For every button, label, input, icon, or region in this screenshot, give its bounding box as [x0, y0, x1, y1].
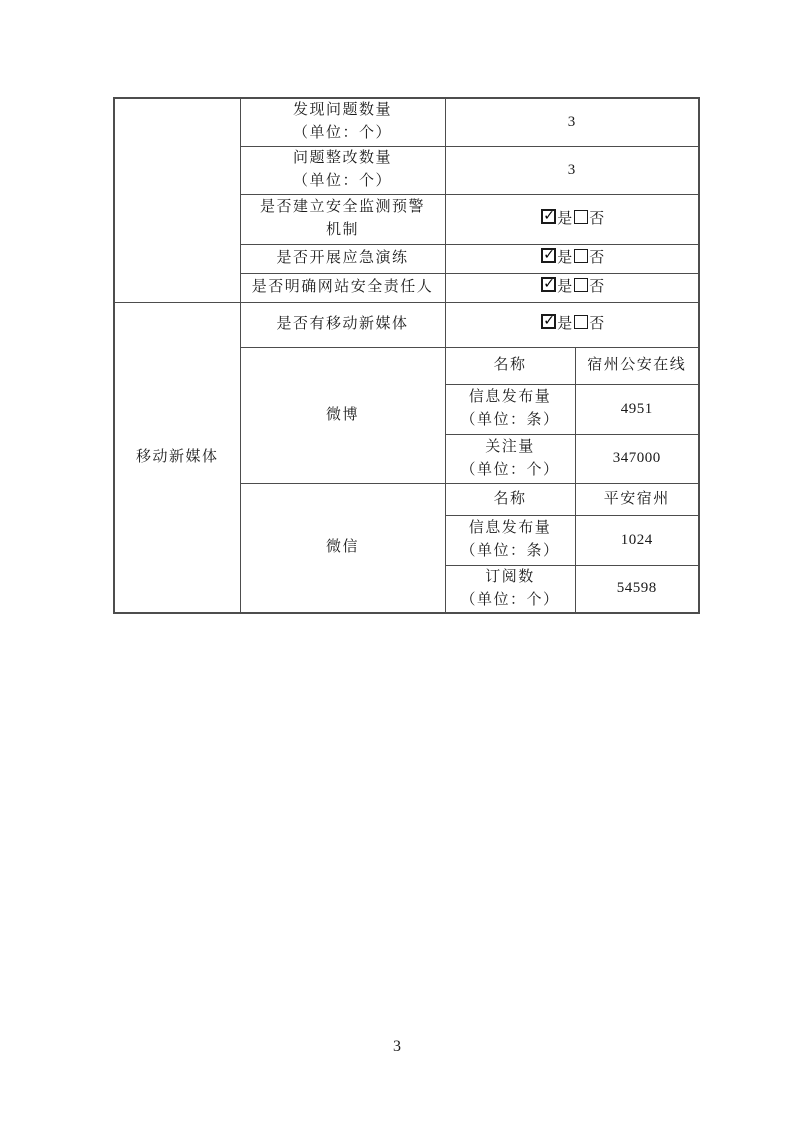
table-row: 移动新媒体 是否有移动新媒体 是否 — [114, 302, 699, 347]
sub-label-wechat-name: 名称 — [445, 483, 575, 515]
label-text: 名称 — [448, 488, 573, 511]
yes-label: 是 — [557, 279, 572, 295]
label-unit-text: （单位：个） — [243, 122, 443, 145]
no-label: 否 — [589, 211, 604, 227]
yes-checkbox-icon — [541, 277, 556, 292]
row-label-rectified-problems: 问题整改数量 （单位：个） — [240, 146, 445, 194]
yesno-cell-security-responsible-person: 是否 — [445, 273, 699, 302]
sub-label-weibo-name: 名称 — [445, 347, 575, 384]
label-unit-text: （单位：个） — [448, 459, 573, 482]
group-cell-wechat: 微信 — [240, 483, 445, 613]
label-text: 是否建立安全监测预警 — [243, 196, 443, 219]
label-unit-text: （单位：个） — [243, 170, 443, 193]
label-text: 订阅数 — [448, 566, 573, 589]
row-label-emergency-drill: 是否开展应急演练 — [240, 244, 445, 273]
yes-checkbox-icon — [541, 314, 556, 329]
row-label-security-responsible-person: 是否明确网站安全责任人 — [240, 273, 445, 302]
value-weibo-posts: 4951 — [575, 384, 699, 434]
sub-label-wechat-subscribers: 订阅数 （单位：个） — [445, 565, 575, 613]
no-checkbox-icon — [574, 210, 588, 224]
sub-label-weibo-followers: 关注量 （单位：个） — [445, 434, 575, 483]
sub-label-wechat-posts: 信息发布量 （单位：条） — [445, 515, 575, 565]
label-text: 发现问题数量 — [243, 99, 443, 122]
category-cell-mobile-new-media: 移动新媒体 — [114, 302, 240, 613]
label-text: 问题整改数量 — [243, 147, 443, 170]
value-found-problems: 3 — [445, 98, 699, 146]
row-label-has-mobile-media: 是否有移动新媒体 — [240, 302, 445, 347]
group-cell-weibo: 微博 — [240, 347, 445, 483]
yes-label: 是 — [557, 316, 572, 332]
report-table: 发现问题数量 （单位：个） 3 问题整改数量 （单位：个） 3 是否建立安全监测… — [113, 97, 700, 614]
value-wechat-name: 平安宿州 — [575, 483, 699, 515]
document-page: 发现问题数量 （单位：个） 3 问题整改数量 （单位：个） 3 是否建立安全监测… — [0, 0, 794, 1122]
label-text: 名称 — [448, 354, 573, 377]
label-text: 信息发布量 — [448, 386, 573, 409]
no-checkbox-icon — [574, 278, 588, 292]
label-unit-text: （单位：条） — [448, 409, 573, 432]
value-weibo-followers: 347000 — [575, 434, 699, 483]
value-weibo-name: 宿州公安在线 — [575, 347, 699, 384]
label-text: 关注量 — [448, 436, 573, 459]
yesno-cell-emergency-drill: 是否 — [445, 244, 699, 273]
no-label: 否 — [589, 250, 604, 266]
yes-checkbox-icon — [541, 248, 556, 263]
sub-label-weibo-posts: 信息发布量 （单位：条） — [445, 384, 575, 434]
yesno-cell-has-mobile-media: 是否 — [445, 302, 699, 347]
label-text: 信息发布量 — [448, 517, 573, 540]
value-wechat-posts: 1024 — [575, 515, 699, 565]
value-rectified-problems: 3 — [445, 146, 699, 194]
value-wechat-subscribers: 54598 — [575, 565, 699, 613]
no-checkbox-icon — [574, 315, 588, 329]
no-label: 否 — [589, 279, 604, 295]
yes-label: 是 — [557, 250, 572, 266]
yes-label: 是 — [557, 211, 572, 227]
table-row: 发现问题数量 （单位：个） 3 — [114, 98, 699, 146]
row-label-found-problems: 发现问题数量 （单位：个） — [240, 98, 445, 146]
label-unit-text: （单位：个） — [448, 589, 573, 612]
category-cell-empty — [114, 98, 240, 302]
label-unit-text: （单位：条） — [448, 540, 573, 563]
row-label-monitoring-warning: 是否建立安全监测预警 机制 — [240, 194, 445, 244]
no-checkbox-icon — [574, 249, 588, 263]
label-text: 机制 — [243, 219, 443, 242]
no-label: 否 — [589, 316, 604, 332]
yes-checkbox-icon — [541, 209, 556, 224]
yesno-cell-monitoring-warning: 是否 — [445, 194, 699, 244]
page-number: 3 — [0, 1038, 794, 1056]
